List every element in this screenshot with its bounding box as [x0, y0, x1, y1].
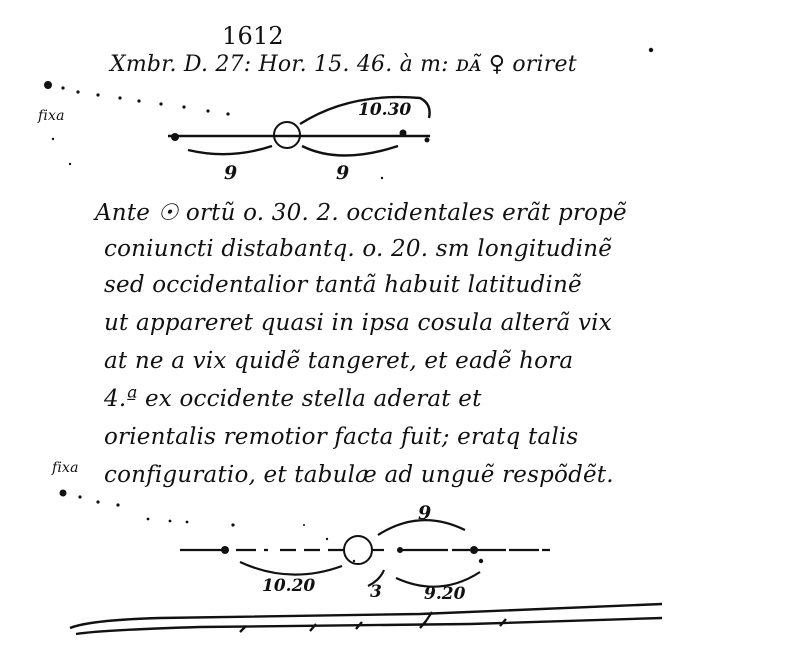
manuscript-page: 1612 Xmbr. D. 27: Hor. 15. 46. à m: ᴅᴀ̃ … — [0, 0, 800, 648]
bottom-star-trail — [60, 490, 306, 527]
bottom-diagram — [180, 520, 550, 624]
top-star-trail — [44, 48, 653, 179]
body-line-8: configuratio, et tabulæ ad unguẽ respõdẽ… — [104, 462, 614, 488]
bottom-diagram-lower-right-label: 9.20 — [424, 584, 465, 604]
body-line-4: ut appareret quasi in ipsa cosula alterã… — [104, 310, 612, 336]
top-diagram-upper-label: 10.30 — [358, 100, 411, 120]
bottom-diagram-upper-label: 9 — [418, 502, 431, 524]
bottom-diagram-lower-left-label: 10.20 — [262, 576, 315, 596]
bottom-double-rule — [70, 604, 662, 634]
body-line-6: 4.ª ex occidente stella aderat et — [104, 386, 482, 412]
body-line-2: coniuncti distabantq. o. 20. sm longitud… — [104, 236, 612, 262]
top-diagram-lower-right-label: 9 — [336, 162, 349, 184]
bottom-diagram-lower-mid-label: 3 — [370, 582, 382, 602]
body-line-5: at ne a vix quidẽ tangeret, et eadẽ hora — [104, 348, 573, 374]
body-line-1: Ante ☉ ortũ o. 30. 2. occidentales erãt … — [95, 200, 627, 226]
top-diagram-lower-left-label: 9 — [224, 162, 237, 184]
body-line-7: orientalis remotior facta fuit; eratq ta… — [104, 424, 578, 450]
body-line-3: sed occidentalior tantã habuit latitudin… — [104, 272, 582, 298]
